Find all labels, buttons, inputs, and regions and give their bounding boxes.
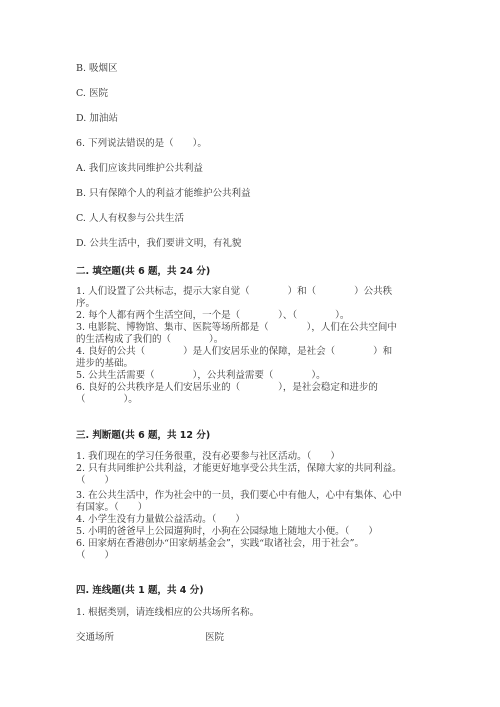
q6-option-d: D. 公共生活中，我们要讲文明，有礼貌 (76, 238, 241, 250)
matching-left-item: 交通场所 (76, 632, 114, 644)
fill-line: 3. 电影院、博物馆、集市、医院等场所都是（ ），人们在公共空间中 (76, 322, 397, 334)
matching-question: 1. 根据类别，请连线相应的公共场所名称。 (76, 607, 259, 619)
fill-line: 序。 (76, 298, 95, 310)
q6-option-c: C. 人人有权参与公共生活 (76, 213, 184, 225)
fill-line: 5. 公共生活需要（ ），公共利益需要（ ）。 (76, 370, 326, 382)
option-c: C. 医院 (76, 88, 108, 100)
tf-line: 1. 我们现在的学习任务很重，没有必要参与社区活动。（ ） (76, 451, 340, 463)
tf-line: 4. 小学生没有力量做公益活动。（ ） (76, 514, 245, 526)
q6-option-a: A. 我们应该共同维护公共利益 (76, 163, 203, 175)
fill-line: （ ）。 (76, 394, 138, 406)
option-b: B. 吸烟区 (76, 63, 118, 75)
option-d: D. 加油站 (76, 113, 118, 125)
question-6-stem: 6. 下列说法错误的是（ ）。 (76, 138, 207, 150)
fill-line: 1. 人们设置了公共标志，提示大家自觉（ ）和（ ）公共秩 (76, 286, 392, 298)
section-heading-matching: 四. 连线题(共 1 题，共 4 分) (76, 582, 204, 596)
tf-line: 6. 田家炳在香港创办“田家炳基金会”，实践“取诸社会，用于社会”。 (76, 538, 364, 550)
section-heading-fill-blank: 二. 填空题(共 6 题，共 24 分) (76, 263, 210, 277)
fill-line: 进步的基础。 (76, 358, 133, 370)
section-heading-true-false: 三. 判断题(共 6 题，共 12 分) (76, 427, 210, 441)
matching-right-item: 医院 (205, 632, 224, 644)
fill-line: 2. 每个人都有两个生活空间，一个是（ ）、（ ）。 (76, 310, 349, 322)
tf-line: 有国家。（ ） (76, 502, 147, 514)
tf-line: （ ） (76, 475, 114, 487)
fill-line: 4. 良好的公共（ ）是人们安居乐业的保障，是社会（ ）和 (76, 346, 392, 358)
q6-option-b: B. 只有保障个人的利益才能维护公共利益 (76, 188, 251, 200)
tf-line: （ ） (76, 550, 114, 562)
tf-line: 2. 只有共同维护公共利益，才能更好地享受公共生活，保障大家的共同利益。 (76, 463, 402, 475)
fill-line: 6. 良好的公共秩序是人们安居乐业的（ ），是社会稳定和进步的 (76, 382, 378, 394)
tf-line: 5. 小明的爸爸早上公园遛狗时，小狗在公园绿地上随地大小便。（ ） (76, 526, 378, 538)
fill-line: 的生活构成了我们的（ ）。 (76, 334, 223, 346)
tf-line: 3. 在公共生活中，作为社会中的一员，我们要心中有他人，心中有集体、心中 (76, 490, 402, 502)
